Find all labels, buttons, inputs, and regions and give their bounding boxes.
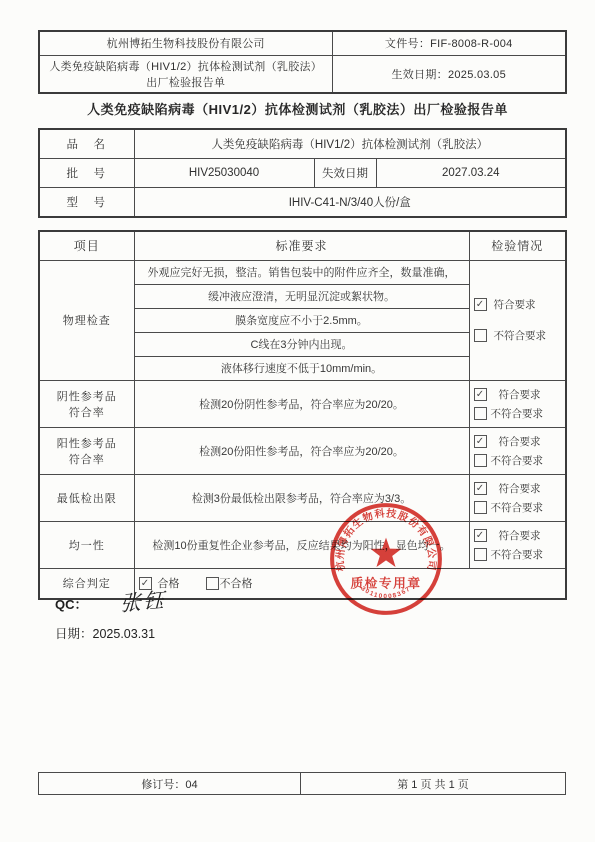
positive-ref-requirement: 检测20份阳性参考品，符合率应为20/20。 [134, 427, 469, 474]
row-item-physical: 物理检查 [39, 260, 134, 380]
stamp-title-text: 质检专用章 [350, 575, 421, 590]
negative-ref-requirement: 检测20份阴性参考品，符合率应为20/20。 [134, 380, 469, 427]
checkbox-fail [474, 454, 487, 467]
checkbox-fail [474, 501, 487, 514]
pass-label: 符合要求 [499, 481, 541, 496]
qc-signature: 张钰 [119, 584, 165, 618]
checkbox-pass: ✓ [474, 298, 487, 311]
star-icon [371, 538, 402, 567]
physical-fail-line: 不符合要求 [474, 328, 562, 343]
physical-requirement: 膜条宽度应不小于2.5mm。 [134, 308, 469, 332]
page-info-cell: 第 1 页 共 1 页 [301, 773, 566, 795]
qc-line: QC：张钰 [55, 586, 166, 616]
uniformity-result-cell: ✓ 符合要求 不符合要求 [469, 521, 566, 568]
report-name-cell: 人类免疫缺陷病毒（HIV1/2）抗体检测试剂（乳胶法）出厂检验报告单 [39, 55, 332, 93]
expiry-value: 2027.03.24 [376, 159, 566, 188]
model-label: 型 号 [39, 188, 134, 218]
batch-label: 批 号 [39, 159, 134, 188]
positive-ref-result-cell: ✓ 符合要求 不符合要求 [469, 427, 566, 474]
checkbox-unqualified [206, 577, 219, 590]
scanned-report-page: 杭州博拓生物科技股份有限公司 文件号：FIF-8008-R-004 人类免疫缺陷… [0, 0, 595, 842]
revision-label: 修订号： [141, 779, 185, 791]
product-name-label: 品 名 [39, 129, 134, 159]
effective-date-value: 2025.03.05 [448, 69, 506, 81]
model-value: IHIV-C41-N/3/40人份/盒 [134, 188, 566, 218]
physical-requirement: 液体移行速度不低于10mm/min。 [134, 356, 469, 380]
effective-date-cell: 生效日期：2025.03.05 [332, 55, 566, 93]
pass-label: 符合要求 [494, 297, 536, 312]
col-header-item: 项目 [39, 231, 134, 260]
checkbox-pass: ✓ [474, 482, 487, 495]
checkbox-pass: ✓ [474, 435, 487, 448]
inspection-table: 项目 标准要求 检验情况 物理检查 外观应完好无损，整洁。销售包装中的附件应齐全… [38, 230, 567, 600]
expiry-label: 失效日期 [314, 159, 376, 188]
fail-line: 不符合要求 [474, 500, 562, 515]
page-title: 人类免疫缺陷病毒（HIV1/2）抗体检测试剂（乳胶法）出厂检验报告单 [0, 99, 595, 118]
header-table: 杭州博拓生物科技股份有限公司 文件号：FIF-8008-R-004 人类免疫缺陷… [38, 30, 567, 94]
fail-line: 不符合要求 [474, 453, 562, 468]
pass-label: 符合要求 [499, 387, 541, 402]
product-name-value: 人类免疫缺陷病毒（HIV1/2）抗体检测试剂（乳胶法） [134, 129, 566, 159]
fail-line: 不符合要求 [474, 406, 562, 421]
company-name: 杭州博拓生物科技股份有限公司 [39, 31, 332, 55]
date-value: 2025.03.31 [93, 627, 156, 641]
effective-date-label: 生效日期： [391, 69, 448, 81]
row-item-uniformity: 均一性 [39, 521, 134, 568]
fail-label: 不符合要求 [494, 328, 547, 343]
negative-ref-result-cell: ✓ 符合要求 不符合要求 [469, 380, 566, 427]
doc-number-value: FIF-8008-R-004 [430, 38, 512, 50]
pass-line: ✓ 符合要求 [474, 481, 562, 496]
col-header-result: 检验情况 [469, 231, 566, 260]
checkbox-fail [474, 407, 487, 420]
revision-cell: 修订号：04 [39, 773, 301, 795]
pass-label: 符合要求 [499, 434, 541, 449]
detection-limit-result-cell: ✓ 符合要求 不符合要求 [469, 474, 566, 521]
row-item-negative-ref: 阴性参考品 符合率 [39, 380, 134, 427]
checkbox-fail [474, 548, 487, 561]
row-item-positive-ref: 阳性参考品 符合率 [39, 427, 134, 474]
physical-requirement: 缓冲液应澄清，无明显沉淀或絮状物。 [134, 284, 469, 308]
date-label: 日期： [55, 627, 93, 641]
pass-line: ✓ 符合要求 [474, 387, 562, 402]
qc-label: QC： [55, 597, 88, 612]
checkbox-pass: ✓ [474, 388, 487, 401]
date-line: 日期：2025.03.31 [55, 624, 155, 642]
batch-value: HIV25030040 [134, 159, 314, 188]
fail-label: 不符合要求 [491, 406, 544, 421]
physical-requirement: 外观应完好无损，整洁。销售包装中的附件应齐全，数量准确， [134, 260, 469, 284]
physical-pass-line: ✓ 符合要求 [474, 297, 562, 312]
doc-number-cell: 文件号：FIF-8008-R-004 [332, 31, 566, 55]
row-item-detection-limit: 最低检出限 [39, 474, 134, 521]
physical-result-cell: ✓ 符合要求 不符合要求 [469, 260, 566, 380]
revision-value: 04 [185, 779, 197, 791]
col-header-standard: 标准要求 [134, 231, 469, 260]
qc-stamp: 杭州博拓生物科技股份有限公司 质检专用章 3301100083673 [325, 498, 447, 620]
fail-label: 不符合要求 [491, 453, 544, 468]
pass-label: 符合要求 [499, 528, 541, 543]
physical-requirement: C线在3分钟内出现。 [134, 332, 469, 356]
checkbox-fail [474, 329, 487, 342]
verdict-fail-option: 不合格 [206, 575, 253, 591]
footer-table: 修订号：04 第 1 页 共 1 页 [38, 772, 566, 795]
checkbox-pass: ✓ [474, 529, 487, 542]
unqualified-label: 不合格 [220, 575, 253, 591]
fail-label: 不符合要求 [491, 547, 544, 562]
doc-number-label: 文件号： [385, 38, 430, 50]
fail-line: 不符合要求 [474, 547, 562, 562]
pass-line: ✓ 符合要求 [474, 528, 562, 543]
fail-label: 不符合要求 [491, 500, 544, 515]
product-info-table: 品 名 人类免疫缺陷病毒（HIV1/2）抗体检测试剂（乳胶法） 批 号 HIV2… [38, 128, 567, 218]
pass-line: ✓ 符合要求 [474, 434, 562, 449]
